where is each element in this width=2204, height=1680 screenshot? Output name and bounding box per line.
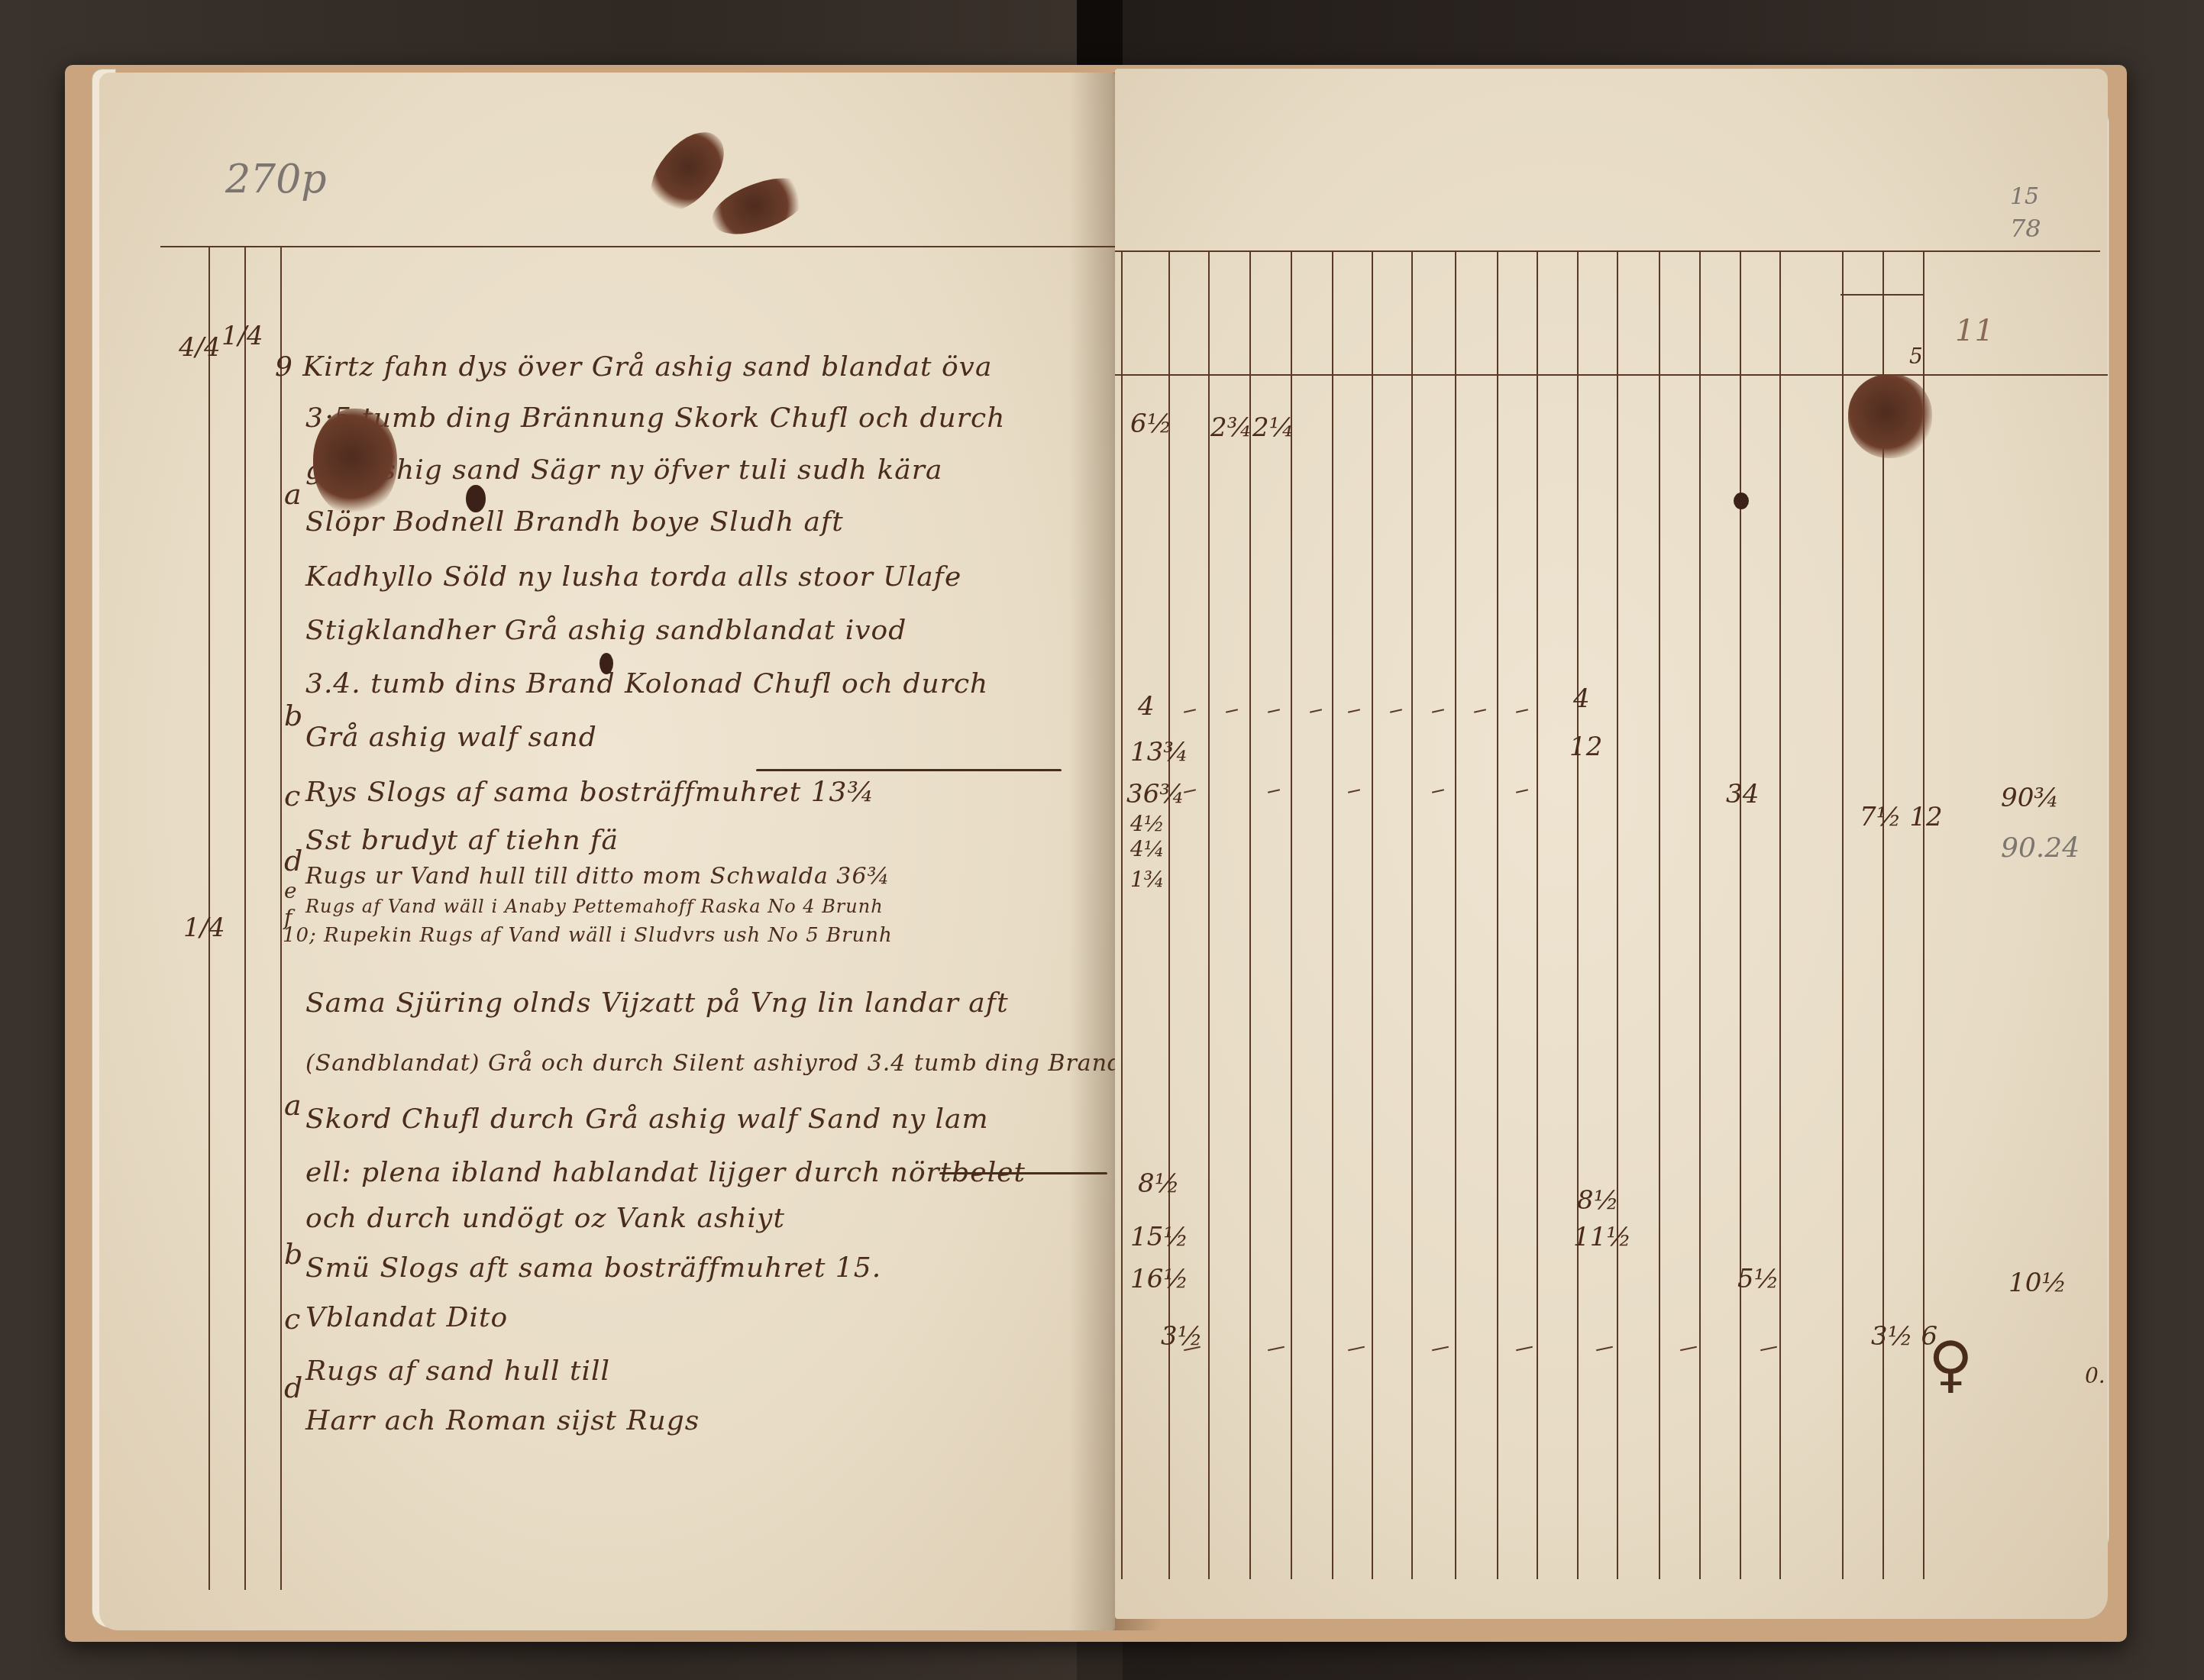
ditto-mark [1474,709,1486,712]
ditto-mark [1268,789,1280,793]
column-rule [1455,250,1456,1579]
ditto-mark [1348,709,1360,712]
ditto-mark [1516,789,1528,793]
column-rule [1497,250,1498,1579]
ledger-line: Sama Sjüring olnds Vijzatt på Vng lin la… [305,987,1009,1019]
value-cell: 11½ [1573,1222,1631,1252]
ledger-line: Smü Slogs aft sama bosträffmuhret 15. [305,1252,881,1284]
value-cell: 34 [1726,779,1759,809]
value-cell: 13¾ [1130,737,1188,767]
value-cell: 16½ [1130,1264,1188,1294]
ledger-line: 9 Kirtz fahn dys över Grå ashig sand bla… [275,351,992,383]
ledger-line: 3.4. tumb dins Brand Kolonad Chufl och d… [305,668,988,699]
sub-letter: b [284,699,302,732]
ditto-mark [1432,789,1444,793]
column-rule [1779,250,1781,1579]
column-rule [1659,250,1660,1579]
sub-letter: a [284,477,302,511]
ditto-mark [1184,709,1196,712]
value-cell: 4 [1573,683,1590,714]
sub-letter: a [284,1088,302,1122]
ledger-line: Rys Slogs af sama bosträffmuhret 13¾ [305,777,874,808]
ledger-line: Sst brudyt af tiehn fä [305,825,619,856]
value-cell: 4½ [1130,811,1165,836]
ditto-mark [1348,789,1360,793]
ditto-mark [1516,1346,1533,1352]
column-rule [1332,250,1333,1579]
value-cell: 2¾ [1210,412,1252,443]
ink-rule [756,769,1062,771]
value-cell: 7½ 12 [1860,802,1943,832]
ledger-line: Stigklandher Grå ashig sandblandat ivod [305,615,906,646]
value-cell: 5½ [1737,1264,1779,1294]
column-rule [1291,250,1292,1579]
pencil-total: 90.24 [2001,832,2080,864]
ink-dot [1734,493,1749,509]
value-cell: 6½ [1130,409,1172,439]
header-mark: 5 [1909,344,1923,369]
edge-mark: 0. [2085,1363,2105,1388]
ledger-line: Grå ashig walf sand [305,722,597,753]
column-rule [1372,250,1373,1579]
ink-dot [466,485,486,512]
pencil-folio-top: 15 [2010,183,2039,210]
sub-letter: e [284,878,297,903]
sub-letter: c [284,1302,300,1336]
value-cell: 3½ 6 [1871,1321,1937,1352]
column-rule [1411,250,1413,1579]
value-cell: 4¼ [1130,836,1165,861]
ledger-line: Kadhyllo Söld ny lusha torda alls stoor … [305,561,961,593]
ditto-mark [1348,1346,1365,1352]
ink-blot [1848,374,1932,458]
column-rule [1740,250,1741,1579]
ledger-line: grå ashig sand Sägr ny öfver tuli sudh k… [305,454,942,486]
value-cell: 2¼ [1252,412,1294,443]
column-header-rule [1115,374,2108,376]
ink-smudge [706,168,815,245]
row-total: 10½ [2008,1268,2067,1298]
row-total: 90¾ [2001,783,2059,813]
value-cell: 15½ [1130,1222,1188,1252]
ledger-line: Rugs af sand hull till [305,1355,610,1387]
ledger-line: Rugs af Vand wäll i Anaby Pettemahoff Ra… [305,896,884,917]
column-rule [1168,250,1170,1579]
column-rule [1208,250,1210,1579]
sub-letter: c [284,779,300,813]
column-rule [1249,250,1251,1579]
ditto-mark [1226,709,1238,712]
column-rule [1537,250,1538,1579]
ink-blot [313,409,397,515]
side-mark: 11 [1955,313,1994,348]
column-rule [1699,250,1701,1579]
column-rule [1121,250,1123,1579]
column-rule [1617,250,1618,1579]
column-rule [1577,250,1579,1579]
ledger-line: Rugs ur Vand hull till ditto mom Schwald… [305,863,890,890]
ditto-mark [1184,789,1196,793]
header-rule [1115,250,2100,252]
ledger-line: 10; Rupekin Rugs af Vand wäll i Sludvrs … [283,924,893,947]
ditto-mark [1680,1346,1697,1352]
pencil-page-number: 270p [225,157,327,202]
ditto-mark [1760,1346,1777,1352]
margin-fraction: 1/4 [221,321,263,351]
ledger-line: (Sandblandat) Grå och durch Silent ashiy… [305,1050,1115,1077]
ditto-mark [1432,1346,1449,1352]
ledger-line: Harr ach Roman sijst Rugs [305,1405,700,1436]
margin-fraction: 1/4 [183,913,225,943]
sub-letter: b [284,1237,302,1271]
ditto-mark [1268,1346,1285,1352]
margin-rule-3 [280,246,282,1590]
left-page: 270p 4/4 1/4 1/4 a b c d e f a b c d 9 K… [99,73,1115,1630]
ditto-mark [1596,1346,1613,1352]
ledger-line: Skord Chufl durch Grå ashig walf Sand ny… [305,1103,989,1135]
ledger-line: 3:5 tumb ding Brännung Skork Chufl och d… [305,402,1005,434]
ledger-line: ell: plena ibland hablandat lijger durch… [305,1157,1026,1188]
header-rule [160,246,1115,247]
ledger-line: Vblandat Dito [305,1302,508,1333]
value-cell: 12 [1569,732,1602,762]
value-cell: 4 [1138,691,1155,722]
margin-fraction: 4/4 [179,332,221,363]
pencil-folio-bottom: 78 [2010,214,2041,243]
ditto-mark [1268,709,1280,712]
margin-rule-2 [244,246,246,1590]
ink-dot [599,653,613,674]
ditto-mark [1310,709,1322,712]
ditto-mark [1432,709,1444,712]
value-cell: 36¾ [1126,779,1184,809]
sub-letter: d [284,1371,302,1404]
venus-copper-symbol: ♀ [1928,1329,1973,1400]
ditto-mark [1516,709,1528,712]
sub-letter: d [284,844,302,877]
column-rule [1842,250,1844,1579]
column-rule [1923,250,1924,1579]
right-page: 15 78 5 11 6½ 2¾ 2¼ 4 4 13¾ 12 36¾ 34 7½… [1115,69,2108,1619]
ditto-mark [1390,709,1402,712]
value-cell: 8½ [1577,1185,1619,1216]
value-cell: 8½ [1138,1168,1180,1199]
ledger-line: Slöpr Bodnell Brandh boye Sludh aft [305,506,844,538]
ledger-line: och durch undögt oz Vank ashiyt [305,1203,785,1234]
value-cell: 1¾ [1130,867,1165,892]
